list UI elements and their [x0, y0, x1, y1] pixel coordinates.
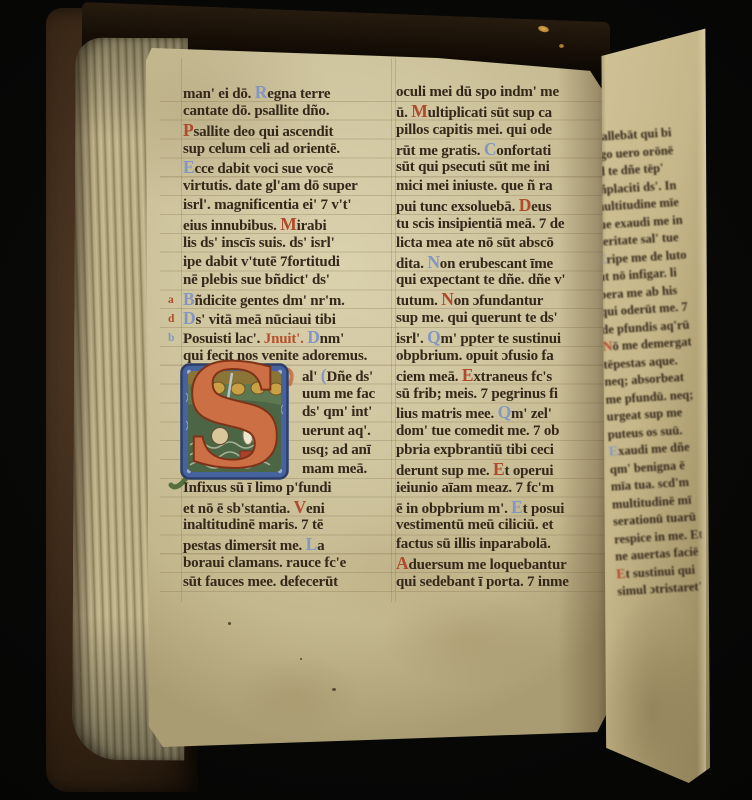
parchment-speck [332, 688, 336, 691]
text-line: uum me fac [183, 385, 393, 404]
text-span: licta mea ate nō sūt abscō [396, 235, 554, 251]
text-span: sup celum celi ad orientē. [183, 141, 340, 157]
text-span: tu scis insipientiā meā. 7 de [396, 216, 564, 232]
initial-capital: V [294, 497, 306, 517]
text-span: bera me ab his [599, 283, 678, 302]
initial-capital: A [396, 553, 408, 573]
text-span: xaudi me dñe [618, 440, 690, 458]
text-span: isrl'. [396, 331, 427, 347]
text-line: al' (Dñe ds' [183, 366, 393, 385]
text-line: lis ds' inscīs suis. ds' isrl' [183, 234, 393, 253]
text-span: ū. [396, 105, 411, 121]
text-span: pestas dimersit me. [183, 538, 306, 554]
initial-capital: D [519, 195, 531, 215]
text-span: neq; absorbeat [604, 370, 684, 389]
text-span: a [317, 538, 324, 554]
text-line: isrl'. magnificentia ei' 7 v't' [183, 196, 393, 215]
parchment-speck [300, 658, 302, 660]
text-span: lis ds' inscīs suis. ds' isrl' [183, 235, 335, 251]
text-span: t operui [505, 463, 554, 479]
text-span: multitudinē mī [612, 492, 692, 511]
text-span: t sustinui qui [625, 562, 695, 580]
text-span: oculi mei dū spo indm' me [396, 84, 559, 100]
text-line: sup celum celi ad orientē. [183, 140, 393, 159]
text-span: sūt qui psecuti sūt me ini [396, 159, 550, 175]
text-line: cantate dō. psallite dño. [183, 102, 393, 121]
text-span: sūt fauces mee. defecerūt [183, 574, 338, 590]
text-span: derunt sup me. [396, 463, 493, 479]
clasp-remnant [559, 44, 564, 48]
text-span: simul ɔtristaret' [617, 579, 703, 598]
text-line: inaltitudinē maris. 7 tē [183, 516, 393, 535]
text-span: on ɔfundantur [454, 293, 544, 309]
text-line: et nō ē sb'stantia. Veni [183, 498, 393, 517]
text-line: eius innubibus. Mirabi [183, 215, 393, 234]
text-line: Psallite deo qui ascendit [183, 121, 393, 140]
text-span: ñdicite gentes dm' nr'm. [194, 293, 344, 309]
text-span: qui fecit nos venite adoremus. [183, 348, 367, 364]
initial-capital: M [280, 214, 296, 234]
text-span: cantate dō. psallite dño. [183, 103, 329, 119]
text-span: eius innubibus. [183, 218, 280, 234]
marginal-letter: d [168, 310, 174, 329]
initial-capital: E [511, 497, 522, 517]
initial-capital: L [306, 534, 317, 554]
text-line: qui fecit nos venite adoremus. [183, 347, 393, 366]
text-span: ds' qm' int' [302, 404, 372, 420]
manuscript-photo: S man' ei dō. Regna terrecantate dō. psa… [0, 0, 752, 800]
text-span: factus sū illis inparabolā. [396, 536, 551, 552]
text-span: ipe dabit v'tutē 7fortitudi [183, 254, 340, 270]
text-span: al' [302, 369, 321, 385]
initial-capital: B [183, 289, 194, 309]
right-page: psallebāt qui biEgo uero orōnēad te dñe … [592, 24, 710, 786]
text-span: urgeat sup me [606, 405, 682, 424]
initial-capital: E [493, 459, 504, 479]
text-span: isrl'. magnificentia ei' 7 v't' [183, 197, 351, 213]
right-page-text: psallebāt qui biEgo uero orōnēad te dñe … [589, 124, 713, 621]
text-span: dom' tue comedit me. 7 ob [396, 423, 559, 439]
marginal-letter: a [168, 291, 174, 310]
text-span: ripe me de luto [606, 247, 687, 266]
text-span: xtraneus fc's [473, 369, 552, 385]
text-span: tutum. [396, 293, 441, 309]
text-span: qui sedebant ī porta. 7 inme [396, 574, 569, 590]
ruling-vertical [181, 58, 182, 602]
text-span: mīa tua. scd'm [610, 475, 689, 494]
text-line: Infixus sū ī limo p'fundi [183, 479, 393, 498]
text-span: eni [306, 501, 325, 517]
initial-capital: Q [498, 402, 511, 422]
initial-capital: E [462, 365, 473, 385]
text-line: ipe dabit v'tutē 7fortitudi [183, 253, 393, 272]
text-line: dDs' vitā meā nūciaui tibi [183, 309, 393, 328]
initial-capital: N [441, 289, 453, 309]
text-line: sūt fauces mee. defecerūt [183, 573, 393, 592]
text-span: sū frib; meis. 7 pegrinus fi [396, 386, 558, 402]
text-span: nm' [320, 331, 344, 347]
text-span: ultiplicati sūt sup ca [428, 105, 552, 121]
text-line: pestas dimersit me. La [183, 535, 393, 554]
text-span: ieiunio aīam meaz. 7 fc'm [396, 480, 554, 496]
text-span: s' vitā meā nūciaui tibi [195, 312, 335, 328]
text-span: pui tunc exsoluebā. [396, 199, 519, 215]
text-span: pbria expbrantiū tibi ceci [396, 442, 554, 458]
text-span: boraui clamans. rauce fc'e [183, 555, 346, 571]
text-line: usq; ad anī [183, 441, 393, 460]
text-span: serationū tuarū [613, 510, 697, 529]
text-span: mici mei iniuste. que ñ ra [396, 178, 552, 194]
text-column-left: S man' ei dō. Regna terrecantate dō. psa… [183, 83, 393, 592]
text-span: inaltitudinē maris. 7 tē [183, 517, 323, 533]
text-span: uum me fac [302, 386, 375, 402]
initial-capital: E [183, 157, 194, 177]
text-span: m' zel' [511, 406, 552, 422]
initial-capital: N [427, 252, 439, 272]
text-span: puteus os suū. [607, 423, 682, 442]
text-span: Jnuit'. [264, 331, 307, 347]
text-span: sup me. qui querunt te ds' [396, 310, 558, 326]
text-span: tēpestas aque. [603, 353, 678, 372]
text-span: lius matris mee. [396, 406, 498, 422]
initial-capital: C [484, 139, 496, 159]
text-span: egna terre [267, 86, 330, 102]
left-page: S man' ei dō. Regna terrecantate dō. psa… [146, 38, 616, 752]
text-span: Infixus sū ī limo p'fundi [183, 480, 331, 496]
text-span: on erubescant īme [440, 256, 553, 272]
text-line: virtutis. date gl'am dō super [183, 177, 393, 196]
text-line: Ecce dabit voci sue vocē [183, 158, 393, 177]
text-span: onfortati [496, 143, 551, 159]
text-line: mam meā. [183, 460, 393, 479]
text-span: ut nō infigar. li [598, 265, 677, 284]
initial-capital: D [183, 308, 195, 328]
text-span: ē in obpbrium m'. [396, 501, 511, 517]
text-line: ds' qm' int' [183, 403, 393, 422]
text-span: obpbrium. opuit ɔfusio fa [396, 348, 554, 364]
text-span: pillos capitis mei. qui ode [396, 122, 552, 138]
text-span: duersum me loquebantur [408, 557, 566, 573]
text-span: ō me demergat [612, 334, 692, 353]
text-span: irabi [297, 218, 327, 234]
text-span: vestimentū meū ciliciū. et [396, 517, 553, 533]
text-span: man' ei dō. [183, 86, 255, 102]
text-span: sallite deo qui ascendit [194, 124, 334, 140]
marginal-letter: b [168, 329, 174, 348]
initial-capital: R [255, 82, 267, 102]
text-span: m' ppter te sustinui [441, 331, 561, 347]
text-span: ueritate sal' tue [596, 230, 679, 249]
text-span: nē plebis sue bñdict' ds' [183, 272, 330, 288]
text-span: Dñe ds' [326, 369, 373, 385]
initial-capital: Q [427, 327, 440, 347]
text-span: ciem meā. [396, 369, 462, 385]
text-line: bPosuisti lac'. Jnuit'. Dnm' [183, 328, 393, 347]
text-span: usq; ad anī [302, 442, 371, 458]
text-span: virtutis. date gl'am dō super [183, 178, 358, 194]
text-span: cce dabit voci sue vocē [194, 161, 333, 177]
text-span: uerunt aq'. [302, 423, 371, 439]
text-line: aBñdicite gentes dm' nr'm. [183, 290, 393, 309]
text-span: qui expectant te dñe. dñe v' [396, 272, 565, 288]
text-span: dita. [396, 256, 427, 272]
text-span: Posuisti lac'. [183, 331, 264, 347]
text-span: mam meā. [302, 461, 367, 477]
text-line: uerunt aq'. [183, 422, 393, 441]
text-span: go uero orōnē [600, 143, 674, 161]
text-span: eus [531, 199, 551, 215]
initial-capital: D [307, 327, 319, 347]
text-line: man' ei dō. Regna terre [183, 83, 393, 102]
text-span: qm' benigna ē [609, 458, 685, 477]
text-span: et nō ē sb'stantia. [183, 501, 294, 517]
parchment-speck [228, 622, 231, 625]
text-span: rūt me gratis. [396, 143, 484, 159]
initial-capital: M [411, 101, 427, 121]
initial-capital: P [183, 120, 194, 140]
text-line: boraui clamans. rauce fc'e [183, 554, 393, 573]
text-line: nē plebis sue bñdict' ds' [183, 271, 393, 290]
